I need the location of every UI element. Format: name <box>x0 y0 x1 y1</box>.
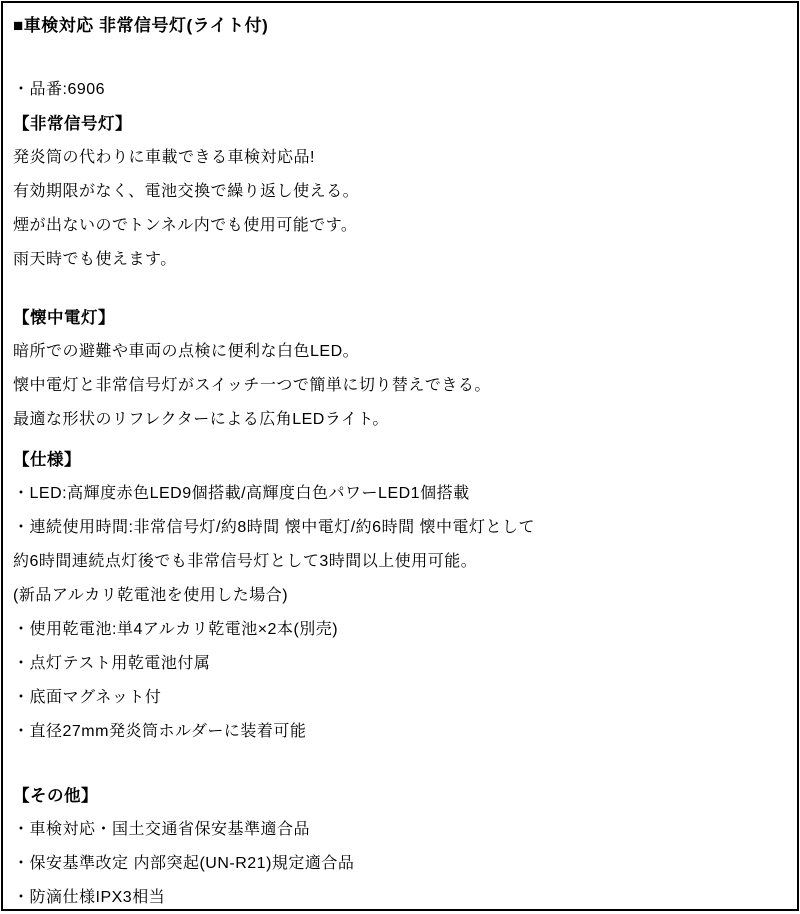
sections-container: 【非常信号灯】 発炎筒の代わりに車載できる車検対応品!有効期限がなく、電池交換で… <box>13 107 785 911</box>
section-line: 有効期限がなく、電池交換で繰り返し使える。 <box>13 175 785 209</box>
section-line: ・直径27mm発炎筒ホルダーに装着可能 <box>13 715 785 749</box>
section: 【非常信号灯】 発炎筒の代わりに車載できる車検対応品!有効期限がなく、電池交換で… <box>13 107 785 277</box>
section-line: 雨天時でも使えます。 <box>13 243 785 277</box>
section-heading: 【非常信号灯】 <box>13 107 785 141</box>
section-line: 発炎筒の代わりに車載できる車検対応品! <box>13 141 785 175</box>
section-line: ・LED:高輝度赤色LED9個搭載/高輝度白色パワーLED1個搭載 <box>13 477 785 511</box>
section-line: 懐中電灯と非常信号灯がスイッチ一つで簡単に切り替えできる。 <box>13 369 785 403</box>
section-heading: 【仕様】 <box>13 443 785 477</box>
section-line: ・点灯テスト用乾電池付属 <box>13 647 785 681</box>
section-line: ・車検対応・国土交通省保安基準適合品 <box>13 813 785 847</box>
page: ■車検対応 非常信号灯(ライト付) ・品番:6906 【非常信号灯】 発炎筒の代… <box>0 0 800 914</box>
section-line: (新品アルカリ乾電池を使用した場合) <box>13 579 785 613</box>
section-line: ・連続使用時間:非常信号灯/約8時間 懐中電灯/約6時間 懐中電灯として <box>13 511 785 545</box>
section-heading: 【その他】 <box>13 779 785 813</box>
product-title: ■車検対応 非常信号灯(ライト付) <box>13 9 785 43</box>
section: 【その他】 ・車検対応・国土交通省保安基準適合品・保安基準改定 内部突起(UN-… <box>13 779 785 911</box>
product-description-panel: ■車検対応 非常信号灯(ライト付) ・品番:6906 【非常信号灯】 発炎筒の代… <box>1 1 799 911</box>
section-line: 煙が出ないのでトンネル内でも使用可能です。 <box>13 209 785 243</box>
section-line: 約6時間連続点灯後でも非常信号灯として3時間以上使用可能。 <box>13 545 785 579</box>
section-line: ・底面マグネット付 <box>13 681 785 715</box>
section-line: ・保安基準改定 内部突起(UN-R21)規定適合品 <box>13 847 785 881</box>
section-line: 暗所での避難や車両の点検に便利な白色LED。 <box>13 335 785 369</box>
section-line: ・防滴仕様IPX3相当 <box>13 881 785 911</box>
section-heading: 【懐中電灯】 <box>13 301 785 335</box>
section: 【仕様】 ・LED:高輝度赤色LED9個搭載/高輝度白色パワーLED1個搭載・連… <box>13 443 785 749</box>
product-number-line: ・品番:6906 <box>13 73 785 107</box>
section-line: 最適な形状のリフレクターによる広角LEDライト。 <box>13 403 785 437</box>
section: 【懐中電灯】 暗所での避難や車両の点検に便利な白色LED。懐中電灯と非常信号灯が… <box>13 301 785 437</box>
section-line: ・使用乾電池:単4アルカリ乾電池×2本(別売) <box>13 613 785 647</box>
